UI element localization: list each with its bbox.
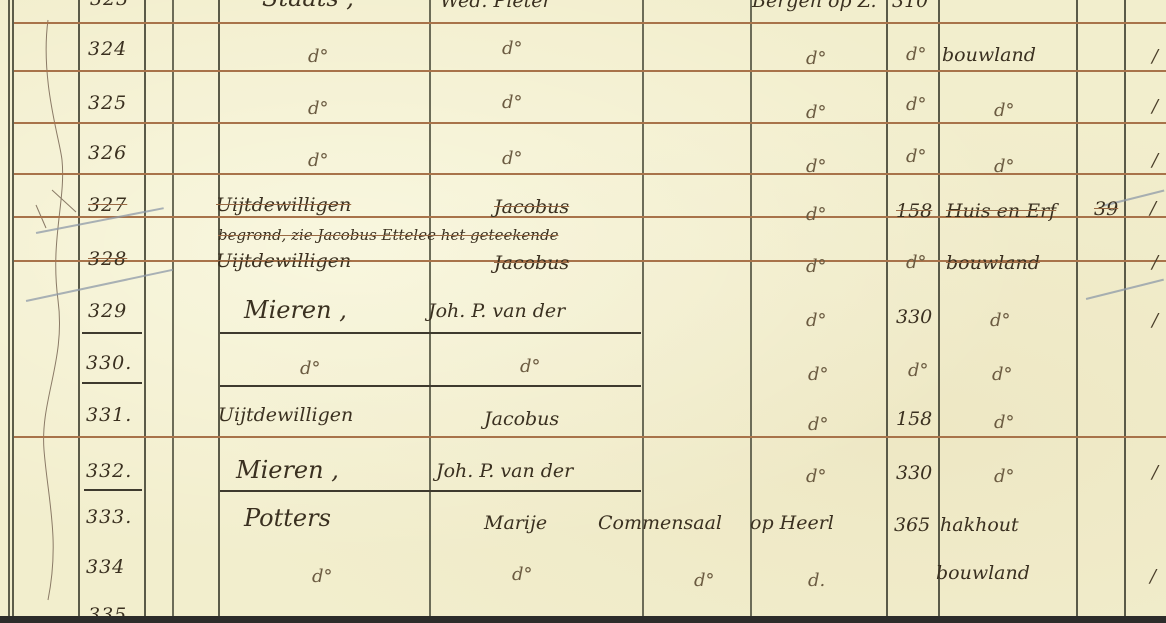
given-name: Marije xyxy=(484,512,547,534)
kind-ditto: d° xyxy=(994,412,1015,433)
parcel-ditto: d° xyxy=(906,252,927,273)
place-ditto: d. xyxy=(808,570,825,591)
check-tick: / xyxy=(1152,462,1158,483)
given-ditto: d° xyxy=(502,38,523,59)
place-ditto: d° xyxy=(808,414,829,435)
parcel-ditto: d° xyxy=(908,360,929,381)
surname-ditto: d° xyxy=(308,46,329,67)
column-divider xyxy=(1124,0,1126,616)
column-divider xyxy=(78,0,80,616)
left-margin-double-line xyxy=(8,0,14,616)
given-name: Jacobus xyxy=(494,252,569,274)
occupation-ditto: d° xyxy=(694,570,715,591)
column-divider xyxy=(218,0,220,616)
row-number: 327 xyxy=(88,194,127,216)
given-name: Wed. Pieter xyxy=(440,0,552,12)
kind-ditto: d° xyxy=(992,364,1013,385)
land-kind: Huis en Erf xyxy=(946,200,1056,222)
check-tick: / xyxy=(1152,46,1158,67)
surname-ditto: d° xyxy=(312,566,333,587)
check-tick: / xyxy=(1150,198,1156,219)
kind-ditto: d° xyxy=(990,310,1011,331)
register-page: 323 Staats , Wed. Pieter Bergen op Z. 31… xyxy=(0,0,1166,616)
column-divider xyxy=(144,0,146,616)
parcel-number: 330 xyxy=(896,462,932,484)
row-number: 334 xyxy=(86,556,125,578)
surname: Potters xyxy=(244,504,331,532)
parcel-number: 330 xyxy=(896,306,932,328)
parcel-number: 365 xyxy=(894,514,930,536)
place-ditto: d° xyxy=(806,310,827,331)
row-number: 325 xyxy=(88,92,127,114)
surname: Mieren , xyxy=(244,296,347,324)
check-tick: / xyxy=(1152,150,1158,171)
place: op Heerl xyxy=(750,512,834,534)
column-divider xyxy=(172,0,174,616)
struck-annotation: begrond, zie Jacobus Ettelee het geteeke… xyxy=(218,226,558,244)
land-kind: bouwland xyxy=(946,252,1040,274)
surname: Uijtdewilligen xyxy=(216,250,351,272)
place-ditto: d° xyxy=(806,256,827,277)
given-ditto: d° xyxy=(512,564,533,585)
surname: Uijtdewilligen xyxy=(216,194,351,216)
surname-ditto: d° xyxy=(300,358,321,379)
row-number: 333. xyxy=(86,506,132,528)
place-ditto: d° xyxy=(806,102,827,123)
parcel-number: 158 xyxy=(896,200,932,222)
check-tick: / xyxy=(1152,96,1158,117)
place-ditto: d° xyxy=(806,204,827,225)
surname: Mieren , xyxy=(236,456,339,484)
row-number: 323 xyxy=(90,0,129,10)
given-ditto: d° xyxy=(502,92,523,113)
row-number: 330. xyxy=(86,352,132,374)
land-kind: bouwland xyxy=(936,562,1030,584)
parcel-ditto: d° xyxy=(906,94,927,115)
check-tick: / xyxy=(1150,566,1156,587)
land-kind: hakhout xyxy=(940,514,1019,536)
place-ditto: d° xyxy=(808,364,829,385)
check-tick: / xyxy=(1152,252,1158,273)
given-name: Joh. P. van der xyxy=(436,460,573,482)
given-name: Joh. P. van der xyxy=(428,300,565,322)
place-ditto: d° xyxy=(806,156,827,177)
entry-separator xyxy=(220,490,641,492)
kind-ditto: d° xyxy=(994,100,1015,121)
land-kind: bouwland xyxy=(942,44,1036,66)
entry-separator xyxy=(84,489,142,491)
viewer-bottom-edge xyxy=(0,616,1166,623)
row-rule xyxy=(14,22,1166,24)
given-ditto: d° xyxy=(502,148,523,169)
surname-ditto: d° xyxy=(308,98,329,119)
entry-separator xyxy=(220,385,641,387)
row-rule xyxy=(14,436,1166,438)
given-name: Jacobus xyxy=(494,196,569,218)
place: Bergen op Z. xyxy=(752,0,877,12)
row-number: 324 xyxy=(88,38,127,60)
given-ditto: d° xyxy=(520,356,541,377)
kind-ditto: d° xyxy=(994,156,1015,177)
parcel-number: 158 xyxy=(896,408,932,430)
surname-ditto: d° xyxy=(308,150,329,171)
place-ditto: d° xyxy=(806,48,827,69)
parcel-ditto: d° xyxy=(906,146,927,167)
surname: Uijtdewilligen xyxy=(218,404,353,426)
row-rule xyxy=(14,70,1166,72)
parcel-ditto: d° xyxy=(906,44,927,65)
row-number: 328 xyxy=(88,248,127,270)
row-number: 326 xyxy=(88,142,127,164)
area-value: 39 xyxy=(1094,198,1118,220)
row-number: 332. xyxy=(86,460,132,482)
given-name: Jacobus xyxy=(484,408,559,430)
column-divider xyxy=(886,0,888,616)
place-ditto: d° xyxy=(806,466,827,487)
occupation: Commensaal xyxy=(598,512,722,534)
column-divider xyxy=(1076,0,1078,616)
entry-separator xyxy=(82,382,142,384)
row-rule xyxy=(14,122,1166,124)
row-number: 331. xyxy=(86,404,132,426)
check-tick: / xyxy=(1152,310,1158,331)
row-number: 329 xyxy=(88,300,127,322)
kind-ditto: d° xyxy=(994,466,1015,487)
parcel-number: 310 xyxy=(892,0,928,12)
entry-separator xyxy=(220,332,641,334)
entry-separator xyxy=(82,332,142,334)
surname: Staats , xyxy=(262,0,354,12)
